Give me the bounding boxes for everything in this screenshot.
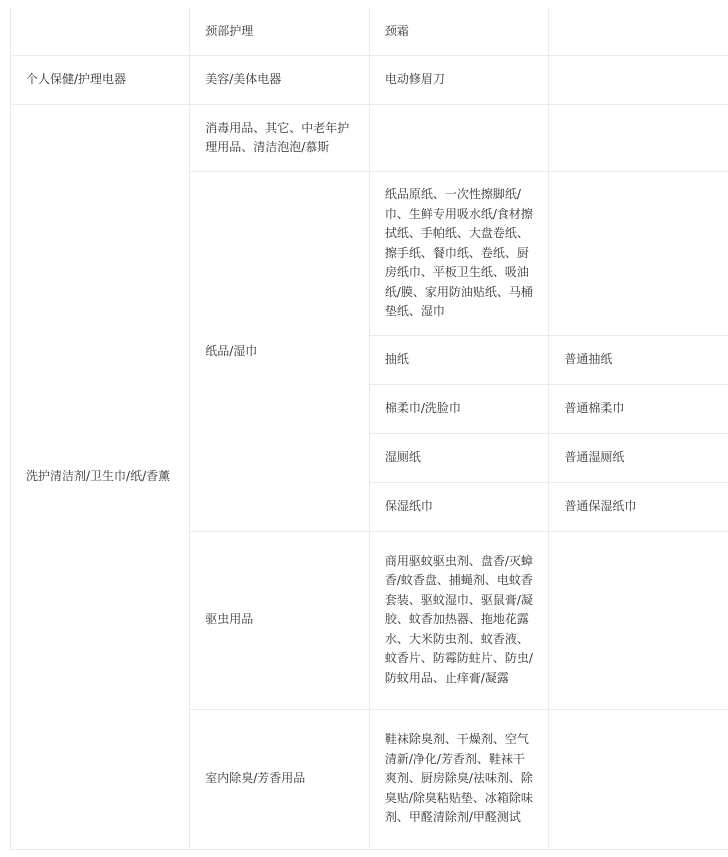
level3-cell: 棉柔巾/洗脸巾 — [369, 384, 549, 433]
table-row: 个人保健/护理电器 美容/美体电器 电动修眉刀 — [11, 56, 728, 105]
table-row: 颈部护理 颈霜 — [11, 8, 728, 56]
table-row: 洗护清洁剂/卫生巾/纸/香薰 消毒用品、其它、中老年护理用品、清洁泡泡/慕斯 — [11, 105, 728, 172]
category-table: 颈部护理 颈霜 个人保健/护理电器 美容/美体电器 电动修眉刀 洗护清洁剂/卫生… — [10, 8, 728, 850]
level3-cell: 电动修眉刀 — [369, 56, 549, 105]
level4-cell — [549, 8, 728, 56]
level4-cell: 普通湿厕纸 — [549, 433, 728, 482]
level3-cell: 抽纸 — [369, 335, 549, 384]
level3-cell: 湿厕纸 — [369, 433, 549, 482]
level2-cell: 消毒用品、其它、中老年护理用品、清洁泡泡/慕斯 — [190, 105, 370, 172]
level3-cell: 颈霜 — [369, 8, 549, 56]
level3-cell: 保湿纸巾 — [369, 482, 549, 531]
level1-cell — [11, 8, 190, 56]
level4-cell: 普通保湿纸巾 — [549, 482, 728, 531]
level2-cell: 美容/美体电器 — [190, 56, 370, 105]
level1-cell: 个人保健/护理电器 — [11, 56, 190, 105]
level4-cell — [549, 709, 728, 849]
level1-cell: 洗护清洁剂/卫生巾/纸/香薰 — [11, 105, 190, 850]
level4-cell — [549, 105, 728, 172]
level3-cell: 纸品原纸、一次性擦脚纸/巾、生鲜专用吸水纸/食材擦拭纸、手帕纸、大盘卷纸、擦手纸… — [369, 172, 549, 336]
level4-cell — [549, 172, 728, 336]
level4-cell: 普通棉柔巾 — [549, 384, 728, 433]
level3-cell — [369, 105, 549, 172]
level4-cell — [549, 531, 728, 709]
level2-cell: 室内除臭/芳香用品 — [190, 709, 370, 849]
level3-cell: 鞋袜除臭剂、干燥剂、空气清新/净化/芳香剂、鞋袜干爽剂、厨房除臭/祛味剂、除臭贴… — [369, 709, 549, 849]
level2-cell: 颈部护理 — [190, 8, 370, 56]
level4-cell — [549, 56, 728, 105]
level3-cell: 商用驱蚊驱虫剂、盘香/灭蟑香/蚊香盘、捕蝇剂、电蚊香套装、驱蚊湿巾、驱鼠膏/凝胶… — [369, 531, 549, 709]
level2-cell: 纸品/湿巾 — [190, 172, 370, 532]
level4-cell: 普通抽纸 — [549, 335, 728, 384]
level2-cell: 驱虫用品 — [190, 531, 370, 709]
